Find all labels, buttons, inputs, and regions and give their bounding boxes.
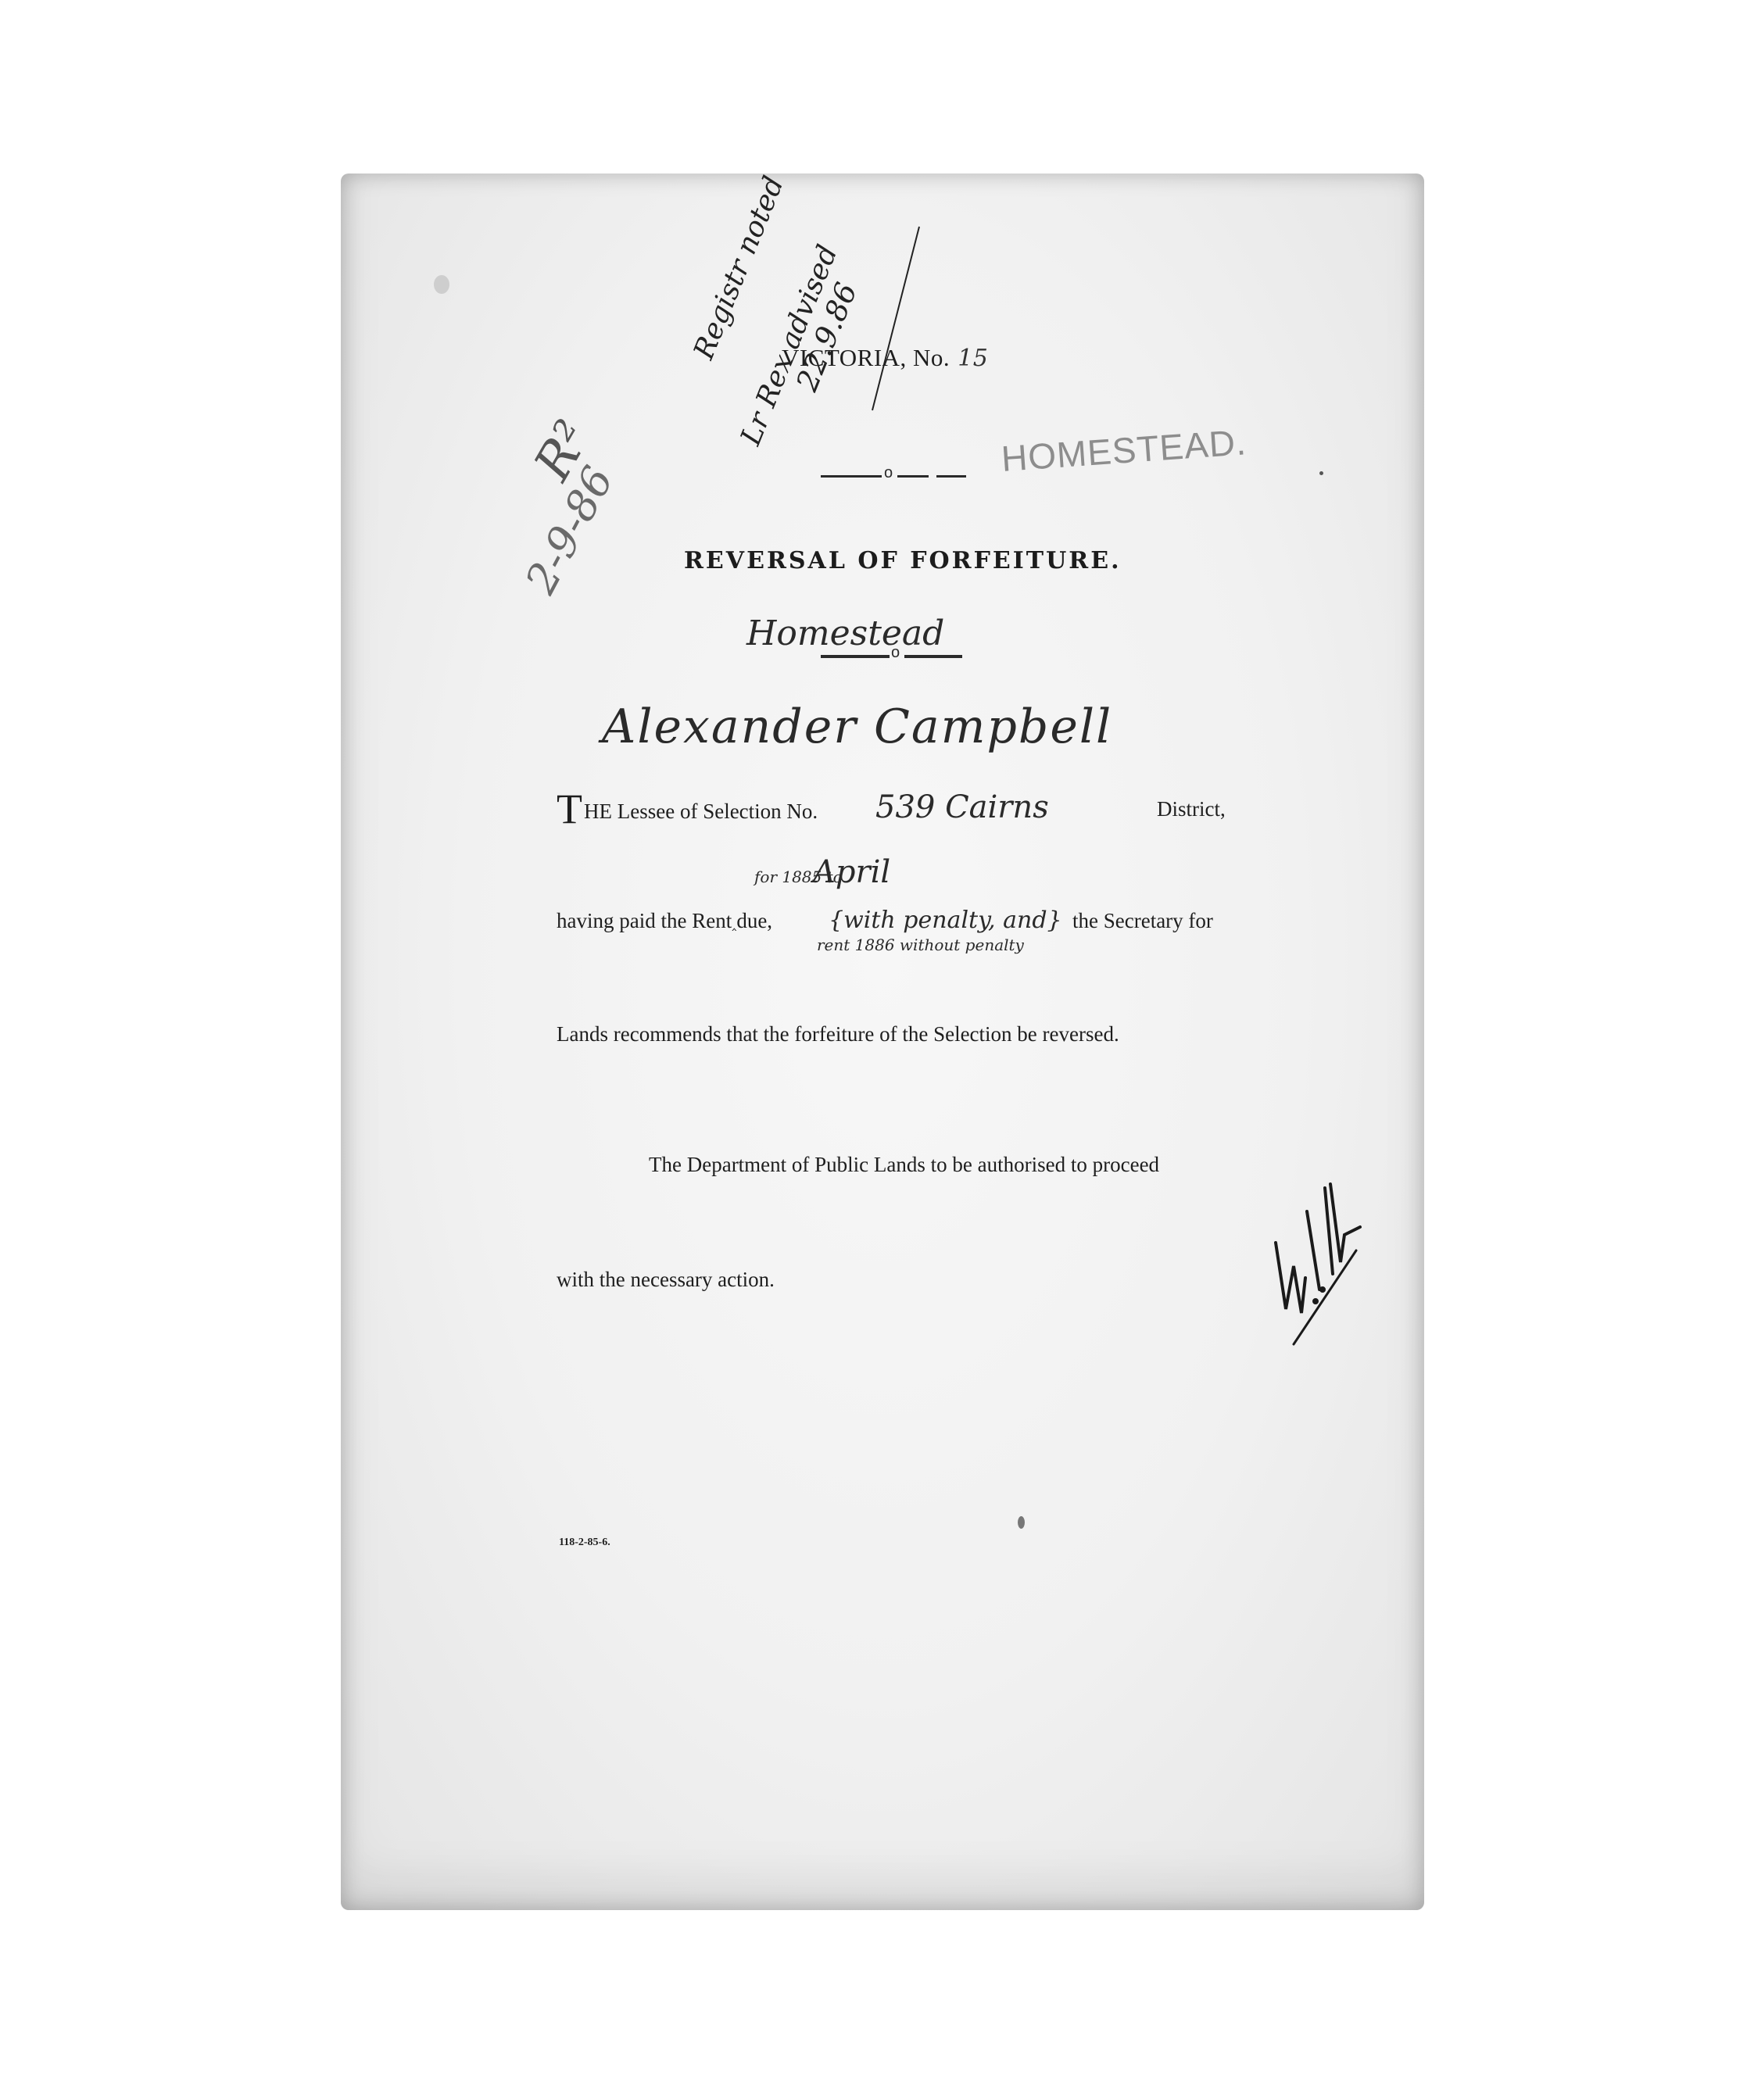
lessee-line-text: HE Lessee of Selection No.: [584, 800, 818, 823]
authorisation-line: The Department of Public Lands to be aut…: [649, 1153, 1159, 1177]
rent-insert-1886: rent 1886 without penalty: [817, 936, 1024, 954]
document-number: 15: [958, 345, 988, 372]
registry-annotation: Registr noted Lr Rex advised 22.9.86: [703, 180, 938, 492]
selection-number: 539 Cairns: [875, 789, 1049, 825]
drop-cap: T: [557, 785, 582, 832]
lessee-line: THE Lessee of Selection No.: [557, 788, 818, 830]
district-label: District,: [1157, 797, 1226, 821]
rent-suffix: the Secretary for: [1072, 909, 1213, 933]
document-title: REVERSAL OF FORFEITURE.: [684, 547, 1122, 574]
rent-insert-penalty: {with penalty, and}: [829, 907, 1062, 934]
rent-insert-month: April: [813, 854, 890, 890]
rent-due: due,: [736, 909, 772, 932]
form-code: 118-2-85-6.: [559, 1537, 610, 1549]
selection-type: Homestead: [746, 614, 944, 653]
receipt-annotation: R² 2-9-86: [500, 367, 703, 602]
receipt-date: 2-9-86: [516, 458, 623, 601]
signature-initials: W.V.H.: [1258, 1172, 1368, 1352]
rent-line: having paid the Rent‸due,: [557, 909, 772, 933]
action-line: with the necessary action.: [557, 1268, 775, 1292]
recommendation-line: Lands recommends that the forfeiture of …: [557, 1022, 1119, 1046]
rent-prefix: having paid the Rent: [557, 909, 732, 932]
lessee-name: Alexander Campbell: [602, 699, 1112, 754]
